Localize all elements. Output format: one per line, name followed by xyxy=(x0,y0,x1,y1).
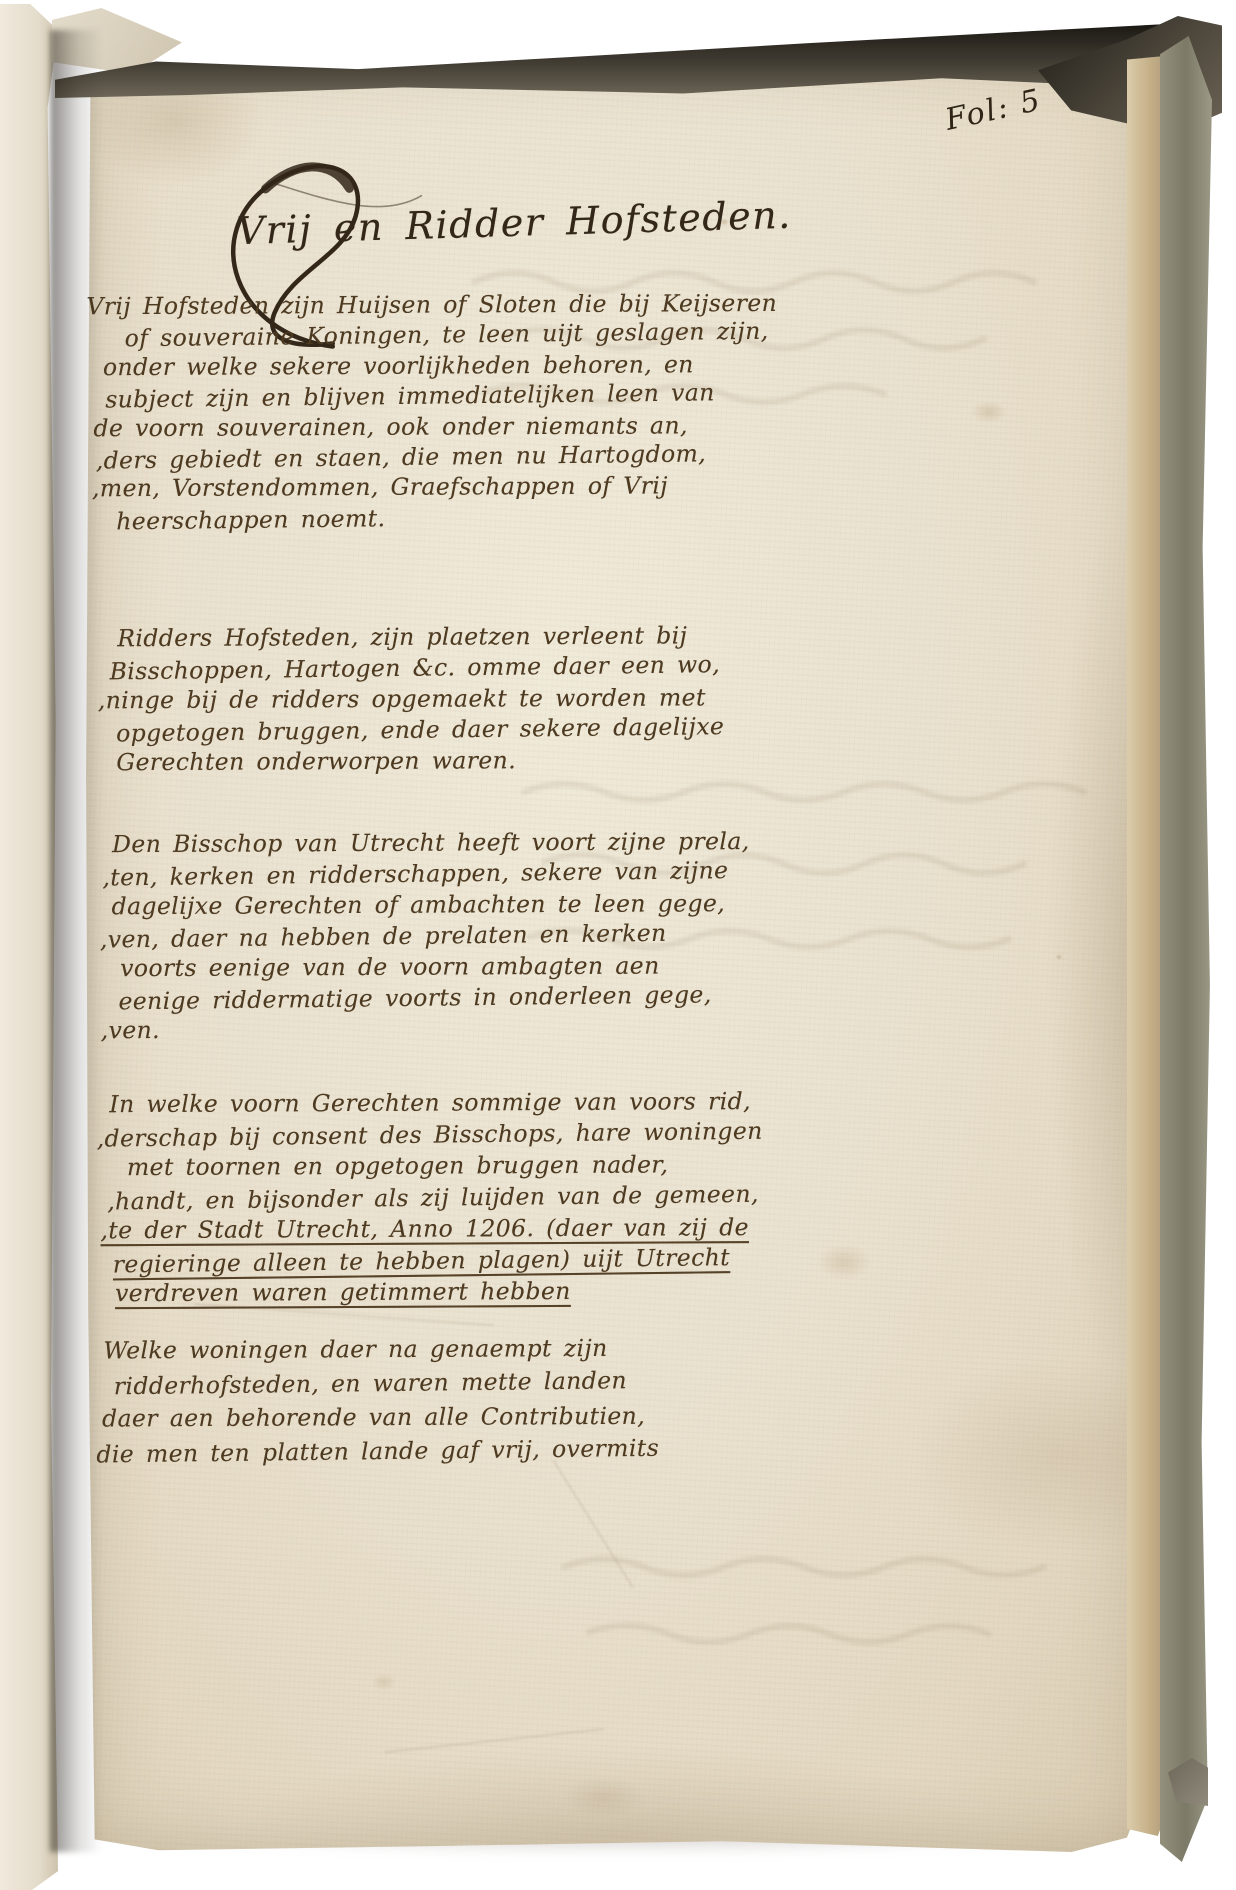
paragraph-1: Vrij Hofsteden zijn Huijsen of Sloten di… xyxy=(86,287,779,536)
text-line: ,ninge bij de ridders opgemaekt te worde… xyxy=(98,682,724,716)
photo-stage: Fol: 5 Vrij en Ridder Hofsteden. Vrij Ho… xyxy=(0,0,1236,1890)
paragraph-5: Welke woningen daer na genaempt zijn rid… xyxy=(95,1330,659,1471)
text-line: heerschappen noemt. xyxy=(116,498,779,536)
text-line: In welke voorn Gerechten sommige van voo… xyxy=(109,1086,762,1121)
folio-number: Fol: 5 xyxy=(942,83,1045,138)
paragraph-4: In welke voorn Gerechten sommige van voo… xyxy=(96,1085,764,1311)
text-line: Ridders Hofsteden, zijn plaetzen verleen… xyxy=(117,620,723,654)
text-line: ridderhofsteden, en waren mette landen xyxy=(114,1363,659,1403)
handwritten-text-layer: Fol: 5 Vrij en Ridder Hofsteden. Vrij Ho… xyxy=(0,0,1236,1890)
text-line: daer aen behorende van alle Contributien… xyxy=(102,1399,659,1436)
text-line: met toornen en opgetogen bruggen nader, xyxy=(127,1149,763,1184)
text-line: ,ven. xyxy=(101,1012,752,1046)
paragraph-3: Den Bisschop van Utrecht heeft voort zij… xyxy=(99,825,751,1048)
text-line: subject zijn en blijven immediatelijken … xyxy=(105,377,778,415)
text-line-underlined: ,te der Stadt Utrecht, Anno 1206. (daer … xyxy=(100,1212,763,1247)
gutter-shadow xyxy=(50,30,102,1852)
paragraph-2: Ridders Hofsteden, zijn plaetzen verleen… xyxy=(97,619,724,779)
text-line: Welke woningen daer na genaempt zijn xyxy=(103,1331,658,1368)
text-line: die men ten platten lande gaf vrij, over… xyxy=(96,1431,659,1472)
text-line: Gerechten onderworpen waren. xyxy=(116,744,724,778)
text-line-underlined: verdreven waren getimmert hebben xyxy=(115,1275,764,1310)
text-line: Bisschoppen, Hartogen &c. omme daer een … xyxy=(109,649,723,687)
text-line: opgetogen bruggen, ende daer sekere dage… xyxy=(116,711,724,749)
